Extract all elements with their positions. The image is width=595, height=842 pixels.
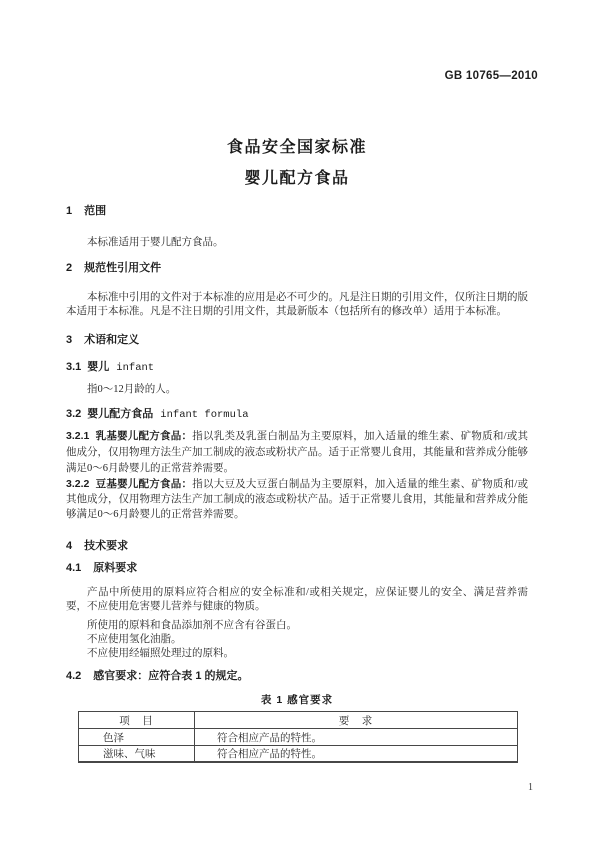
section-3-2-term-english: infant formula <box>160 409 248 421</box>
section-4-1-line-irradiated: 不应使用经辐照处理过的原料。 <box>66 647 528 661</box>
table-cell-item-taste: 滋味、气味 <box>79 746 195 763</box>
table-1-sensory-requirements: 项 目 要 求 色泽 符合相应产品的特性。 滋味、气味 符合相应产品的特性。 <box>78 711 518 763</box>
section-1-title: 范围 <box>84 205 106 217</box>
section-3-heading: 3术语和定义 <box>66 333 528 347</box>
section-3-2-1-number: 3.2.1 <box>66 428 89 444</box>
section-3-2-2-term: 豆基婴儿配方食品： <box>95 478 192 490</box>
section-3-title: 术语和定义 <box>84 334 139 346</box>
section-3-2-term: 婴儿配方食品 <box>87 408 153 420</box>
section-3-1-heading: 3.1婴儿infant <box>66 360 528 375</box>
table-header-requirement: 要 求 <box>195 712 518 729</box>
table-row: 色泽 符合相应产品的特性。 <box>79 729 518 746</box>
section-4-1-extra-lines: 所使用的原料和食品添加剂不应含有谷蛋白。 不应使用氢化油脂。 不应使用经辐照处理… <box>66 619 528 660</box>
section-4-1-body: 产品中所使用的原料应符合相应的安全标准和/或相关规定，应保证婴儿的安全、满足营养… <box>66 586 528 614</box>
doc-title-line2: 婴儿配方食品 <box>66 170 528 188</box>
table-cell-item-color: 色泽 <box>79 729 195 746</box>
doc-title-line1: 食品安全国家标准 <box>66 139 528 157</box>
page-number: 1 <box>528 782 533 793</box>
section-4-1-title: 原料要求 <box>93 562 137 574</box>
section-3-1-number: 3.1 <box>66 360 81 374</box>
table-1-caption: 表 1 感官要求 <box>66 692 528 707</box>
table-header-item: 项 目 <box>79 712 195 729</box>
section-1-heading: 1范围 <box>66 204 528 218</box>
section-4-heading: 4技术要求 <box>66 539 528 553</box>
section-3-1-term-english: infant <box>116 362 154 374</box>
table-cell-requirement-color: 符合相应产品的特性。 <box>195 729 518 746</box>
section-4-1-line-gluten: 所使用的原料和食品添加剂不应含有谷蛋白。 <box>66 619 528 633</box>
section-3-2-2-paragraph: 3.2.2豆基婴儿配方食品：指以大豆及大豆蛋白制品为主要原料，加入适量的维生素、… <box>66 477 528 522</box>
section-3-2-heading: 3.2婴儿配方食品infant formula <box>66 407 528 422</box>
section-3-2-1-paragraph: 3.2.1乳基婴儿配方食品：指以乳类及乳蛋白制品为主要原料，加入适量的维生素、矿… <box>66 428 528 477</box>
standard-code: GB 10765—2010 <box>445 70 538 82</box>
section-3-1-term: 婴儿 <box>87 361 109 373</box>
section-3-2-number: 3.2 <box>66 407 81 421</box>
section-3-2-1-lead: 3.2.1乳基婴儿配方食品： <box>66 430 192 442</box>
section-3-1-body: 指0～12月龄的人。 <box>66 383 528 397</box>
table-header-row: 项 目 要 求 <box>79 712 518 729</box>
section-2-number: 2 <box>66 261 72 275</box>
section-3-number: 3 <box>66 333 72 347</box>
section-3-2-2-lead: 3.2.2豆基婴儿配方食品： <box>66 478 192 490</box>
section-4-title: 技术要求 <box>84 540 128 552</box>
section-4-1-line-hydrogenated-oil: 不应使用氢化油脂。 <box>66 633 528 647</box>
table-row: 滋味、气味 符合相应产品的特性。 <box>79 746 518 763</box>
section-3-2-2-number: 3.2.2 <box>66 477 89 492</box>
section-1-number: 1 <box>66 204 72 218</box>
section-4-number: 4 <box>66 539 72 553</box>
section-3-2-1-term: 乳基婴儿配方食品： <box>95 430 192 442</box>
section-4-2-heading: 4.2感官要求：应符合表 1 的规定。 <box>66 669 528 683</box>
section-2-heading: 2规范性引用文件 <box>66 261 528 275</box>
section-4-2-number: 4.2 <box>66 669 81 683</box>
section-2-title: 规范性引用文件 <box>84 262 161 274</box>
section-2-body: 本标准中引用的文件对于本标准的应用是必不可少的。凡是注日期的引用文件，仅所注日期… <box>66 291 528 319</box>
document-page: GB 10765—2010 食品安全国家标准 婴儿配方食品 1范围 本标准适用于… <box>0 0 595 842</box>
section-1-body: 本标准适用于婴儿配方食品。 <box>66 236 528 250</box>
section-4-1-heading: 4.1原料要求 <box>66 561 528 575</box>
table-cell-requirement-taste: 符合相应产品的特性。 <box>195 746 518 763</box>
section-4-1-number: 4.1 <box>66 561 81 575</box>
section-4-2-title: 感官要求：应符合表 1 的规定。 <box>93 670 248 682</box>
